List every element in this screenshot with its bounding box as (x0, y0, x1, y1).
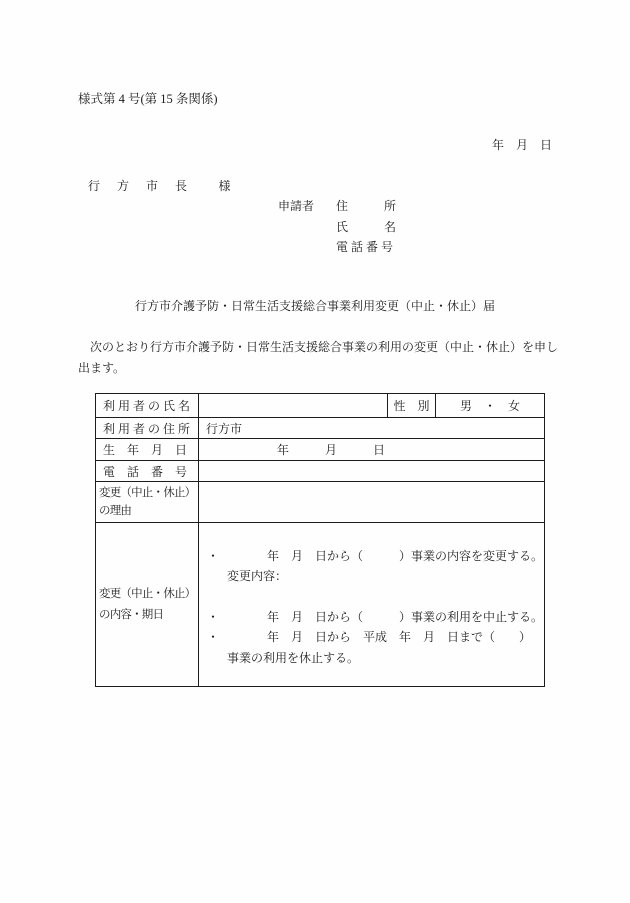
detail-label-line-1: 変更（中止・休止） (99, 584, 195, 605)
applicant-fields: 住 所 氏 名 電 話 番 号 (336, 196, 396, 258)
detail-line-1: ・ 年 月 日から（ ）事業の内容を変更する。 (207, 546, 542, 566)
birthdate-label: 生 年 月 日 (96, 439, 199, 461)
phone-label: 電 話 番 号 (96, 461, 199, 482)
phone-row: 電 話 番 号 (96, 461, 545, 482)
detail-content: ・ 年 月 日から（ ）事業の内容を変更する。 変更内容： ・ 年 月 日から（… (199, 523, 545, 687)
reason-label-line-1: 変更（中止・休止） (99, 484, 195, 502)
detail-line-4: ・ 年 月 日から 平成 年 月 日まで（ ） (207, 627, 542, 647)
date-line: 年 月 日 (492, 136, 552, 153)
reason-value (199, 482, 545, 523)
applicant-block: 申請者 住 所 氏 名 電 話 番 号 (278, 196, 396, 258)
reason-label: 変更（中止・休止） の理由 (96, 482, 199, 523)
applicant-title: 申請者 (278, 196, 314, 258)
form-number-label: 様式第 4 号(第 15 条関係) (78, 89, 218, 107)
reason-label-line-2: の理由 (99, 502, 195, 520)
user-address-label: 利 用 者 の 住 所 (96, 418, 199, 439)
body-line-2: 出ます。 (78, 358, 558, 379)
phone-value (199, 461, 545, 482)
document-title: 行方市介護予防・日常生活支援総合事業利用変更（中止・休止）届 (0, 297, 630, 314)
body-paragraph: 次のとおり行方市介護予防・日常生活支援総合事業の利用の変更（中止・休止）を申し … (78, 337, 558, 378)
addressee-line: 行 方 市 長 様 (88, 177, 233, 194)
user-name-value (199, 394, 388, 418)
sex-label: 性 別 (388, 394, 436, 418)
detail-label-line-2: の内容・期日 (99, 605, 195, 626)
birthdate-row: 生 年 月 日 年 月 日 (96, 439, 545, 461)
reason-row: 変更（中止・休止） の理由 (96, 482, 545, 523)
detail-label: 変更（中止・休止） の内容・期日 (96, 523, 199, 687)
user-address-row: 利 用 者 の 住 所 行方市 (96, 418, 545, 439)
user-name-label: 利 用 者 の 氏 名 (96, 394, 199, 418)
document-page: 様式第 4 号(第 15 条関係) 年 月 日 行 方 市 長 様 申請者 住 … (0, 0, 630, 903)
applicant-name-label: 氏 名 (336, 217, 396, 238)
detail-line-3: ・ 年 月 日から（ ）事業の利用を中止する。 (207, 607, 542, 627)
applicant-address-label: 住 所 (336, 196, 396, 217)
sex-value: 男 ・ 女 (436, 394, 545, 418)
detail-line-5: 事業の利用を休止する。 (207, 648, 542, 668)
detail-line-2: 変更内容： (207, 566, 542, 586)
body-line-1: 次のとおり行方市介護予防・日常生活支援総合事業の利用の変更（中止・休止）を申し (78, 337, 558, 358)
birthdate-value: 年 月 日 (199, 439, 545, 461)
user-name-row: 利 用 者 の 氏 名 性 別 男 ・ 女 (96, 394, 545, 418)
applicant-phone-label: 電 話 番 号 (336, 237, 396, 258)
detail-row: 変更（中止・休止） の内容・期日 ・ 年 月 日から（ ）事業の内容を変更する。… (96, 523, 545, 687)
detail-blank-line (207, 587, 542, 607)
user-form-table: 利 用 者 の 氏 名 性 別 男 ・ 女 利 用 者 の 住 所 行方市 生 … (95, 393, 545, 687)
user-address-value: 行方市 (199, 418, 545, 439)
